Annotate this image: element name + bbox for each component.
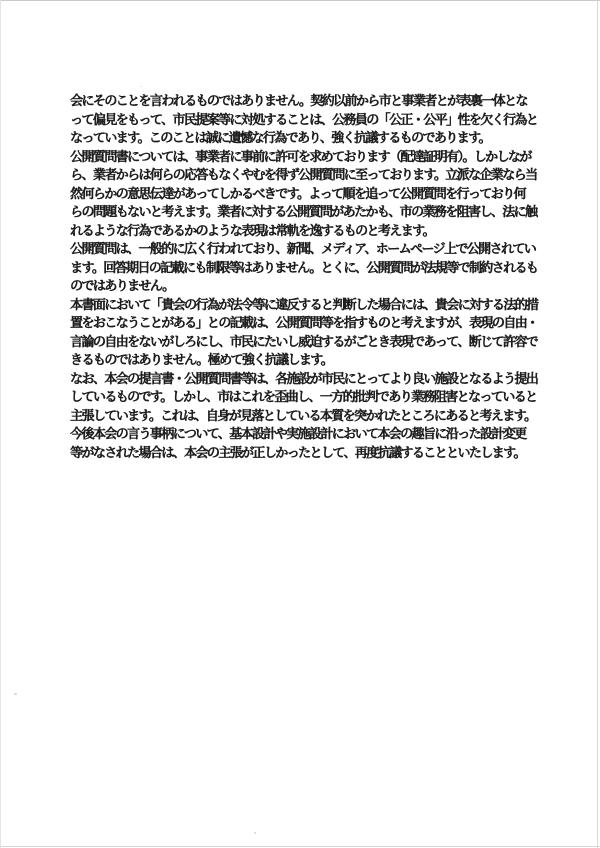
text-line: 会にそのことを言われるものではありません。契約以前から市と事業者とが表裏一体とな [70, 93, 522, 112]
scan-dust-speck [14, 693, 17, 695]
text-line: らの問題もないと考えます。業者に対する公開質問があたかも、市の業務を阻害し、法に… [70, 204, 522, 223]
text-line: しているものです。しかし、市はこれを歪曲し、一方的批判であり業務阻害となっている… [70, 389, 522, 408]
scan-edge-right [597, 0, 598, 848]
text-line: 公開質問書については、事業者に事前に許可を求めております（配達証明有）。しかしな… [70, 149, 522, 168]
scan-dust-speck [140, 86, 142, 87]
text-line: 本書面において「貴会の行為が法令等に違反すると判断した場合には、貴会に対する法的… [70, 297, 522, 316]
scan-edge-bottom [0, 846, 600, 847]
text-line: 等がなされた場合は、本会の主張が正しかったとして、再度抗議することといたします。 [70, 445, 522, 464]
scan-edge-left [0, 0, 1, 848]
text-line: 然何らかの意思伝達があってしかるべきです。よって順を追って公開質問を行っており何 [70, 186, 522, 205]
text-line: れるような行為であるかのような表現は常軌を逸するものと考えます。 [70, 223, 522, 242]
scan-edge-top [0, 0, 600, 1]
text-line: 公開質問は、一般的に広く行われており、新聞、メディア、ホームページ上で公開されて… [70, 241, 522, 260]
text-line: なっています。このことは誠に遺憾な行為であり、強く抗議するものであります。 [70, 130, 522, 149]
text-line: きるものではありません。極めて強く抗議します。 [70, 352, 522, 371]
scanned-document-page: 会にそのことを言われるものではありません。契約以前から市と事業者とが表裏一体とな… [0, 0, 600, 848]
text-line: 置をおこなうことがある」との記載は、公開質問等を指すものと考えますが、表現の自由… [70, 315, 522, 334]
text-line: なお、本会の提言書・公開質問書等は、各施設が市民にとってより良い施設となるよう提… [70, 371, 522, 390]
scan-dust-speck [254, 832, 256, 834]
text-line: 言論の自由をないがしろにし、市民にたいし威迫するがごとき表現であって、断じて許容… [70, 334, 522, 353]
text-line: ら、業者からは何らの応答もなくやむを得ず公開質問に至っております。立派な企業なら… [70, 167, 522, 186]
text-line: って偏見をもって、市民提案等に対処することは、公務員の「公正・公平」性を欠く行為… [70, 112, 522, 131]
text-line: のではありません。 [70, 278, 522, 297]
document-body-text: 会にそのことを言われるものではありません。契約以前から市と事業者とが表裏一体とな… [70, 93, 522, 463]
text-line: 主張しています。これは、自身が見落としている本質を突かれたところにあると考えます… [70, 408, 522, 427]
text-line: 今後本会の言う事柄について、基本設計や実施設計において本会の趣旨に沿った設計変更 [70, 426, 522, 445]
text-line: ます。回答期日の記載にも制限等はありません。とくに、公開質問が法規等で制約される… [70, 260, 522, 279]
